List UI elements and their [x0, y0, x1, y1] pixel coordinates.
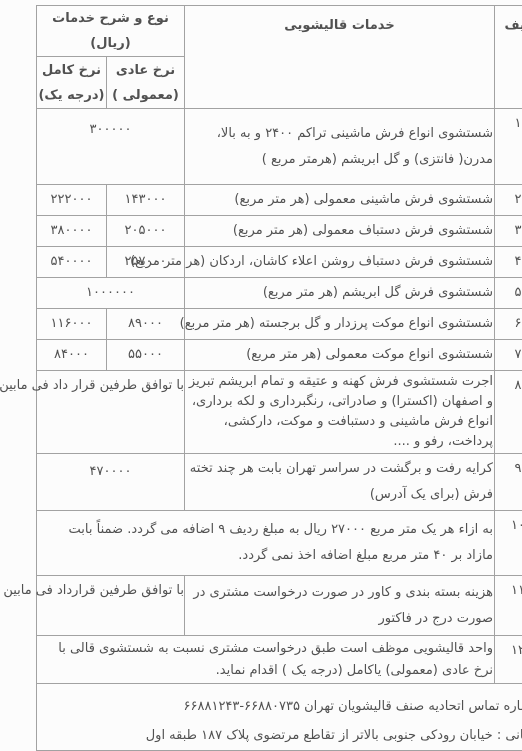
- header-price-group: نوع و شرح خدمات (ریال): [8, 6, 156, 57]
- row-number-cell: ۱: [466, 109, 513, 185]
- footer-contact: شماره تماس اتحادیه صنف قالیشویان تهران ۶…: [8, 684, 513, 711]
- table-row: ۱۰ به ازاء هر یک متر مربع ۲۷۰۰۰ ریال به …: [8, 511, 513, 576]
- table-row: ۳ شستشوی فرش دستباف معمولی (هر متر مربع)…: [8, 216, 513, 247]
- normal-rate-cell: ۵۵۰۰۰: [78, 340, 156, 371]
- row-number-cell: ۸: [466, 371, 513, 454]
- row-number-cell: ۲: [466, 185, 513, 216]
- full-rate-cell: ۱۱۶۰۰۰: [8, 309, 78, 340]
- phone-line: شماره تماس اتحادیه صنف قالیشویان تهران ۶…: [10, 692, 510, 710]
- service-desc-cell: شستشوی فرش گل ابریشم (هر متر مربع): [156, 278, 466, 309]
- full-rate-cell: ۵۴۰۰۰۰: [8, 247, 78, 278]
- merged-rate-cell: با توافق طرفین قرارداد فی مابین: [8, 576, 156, 636]
- table-row: ۵ شستشوی فرش گل ابریشم (هر متر مربع) ۱۰۰…: [8, 278, 513, 309]
- normal-rate-cell: ۲۰۵۰۰۰: [78, 216, 156, 247]
- full-rate-cell: ۳۸۰۰۰۰: [8, 216, 78, 247]
- service-desc-cell: اجرت شستشوی فرش کهنه و عتیقه و تمام ابری…: [156, 371, 466, 454]
- row-number-cell: ۳: [466, 216, 513, 247]
- service-desc-cell: شستشوی فرش ماشینی معمولی (هر متر مربع): [156, 185, 466, 216]
- table-row: ۶ شستشوی انواع موکت پرزدار و گل برجسته (…: [8, 309, 513, 340]
- table-row: ۲ شستشوی فرش ماشینی معمولی (هر متر مربع)…: [8, 185, 513, 216]
- service-desc-cell: کرایه رفت و برگشت در سراسر تهران بابت هر…: [156, 454, 466, 511]
- header-full-rate: نرخ کامل (درجه یک): [8, 57, 78, 109]
- merged-rate-cell: ۱۰۰۰۰۰۰: [8, 278, 156, 309]
- header-normal-rate: نرخ عادی (معمولی ): [78, 57, 156, 109]
- price-table: ردیف خدمات قالیشویی نوع و شرح خدمات (ریا…: [7, 5, 513, 710]
- header-full-rate-line1: نرخ کامل: [8, 58, 77, 83]
- merged-rate-cell: ۴۷۰۰۰۰: [8, 454, 156, 511]
- footer-row: شماره تماس اتحادیه صنف قالیشویان تهران ۶…: [8, 684, 513, 711]
- header-services: خدمات قالیشویی: [156, 6, 466, 109]
- header-row-top: ردیف خدمات قالیشویی نوع و شرح خدمات (ریا…: [8, 6, 513, 57]
- phone-numbers: ۶۶۸۸۱۲۴۳-۶۶۸۸۰۷۳۵: [155, 692, 271, 710]
- header-normal-rate-line2: (معمولی ): [78, 83, 155, 108]
- row-number-cell: ۱۲: [466, 636, 513, 684]
- row-number-cell: ۵: [466, 278, 513, 309]
- service-desc-cell: شستشوی فرش دستباف روشن اعلاء کاشان، اردک…: [156, 247, 466, 278]
- merged-rate-cell: با توافق طرفین قرار داد فی مابین: [8, 371, 156, 454]
- table-row: ۱ شستشوی انواع فرش ماشینی تراکم ۲۴۰۰ و ب…: [8, 109, 513, 185]
- table-row: ۱۱ هزینه بسته بندی و کاور در صورت درخواس…: [8, 576, 513, 636]
- service-desc-cell: به ازاء هر یک متر مربع ۲۷۰۰۰ ریال به مبل…: [8, 511, 466, 576]
- row-number-cell: ۱۰: [466, 511, 513, 576]
- header-row-number: ردیف: [466, 6, 513, 109]
- row-number-cell: ۱۱: [466, 576, 513, 636]
- row-number-cell: ۶: [466, 309, 513, 340]
- header-normal-rate-line1: نرخ عادی: [78, 58, 155, 83]
- service-desc-cell: شستشوی انواع موکت معمولی (هر متر مربع): [156, 340, 466, 371]
- table-row: ۱۲ واحد قالیشویی موظف است طبق درخواست مش…: [8, 636, 513, 684]
- full-rate-cell: ۲۲۲۰۰۰: [8, 185, 78, 216]
- merged-rate-cell: ۳۰۰۰۰۰: [8, 109, 156, 185]
- row-number-cell: ۷: [466, 340, 513, 371]
- table-row: ۹ کرایه رفت و برگشت در سراسر تهران بابت …: [8, 454, 513, 511]
- service-desc-cell: شستشوی انواع فرش ماشینی تراکم ۲۴۰۰ و به …: [156, 109, 466, 185]
- row-number-cell: ۹: [466, 454, 513, 511]
- table-row: ۷ شستشوی انواع موکت معمولی (هر متر مربع)…: [8, 340, 513, 371]
- service-desc-cell: واحد قالیشویی موظف است طبق درخواست مشتری…: [8, 636, 466, 684]
- table-row: ۴ شستشوی فرش دستباف روشن اعلاء کاشان، ار…: [8, 247, 513, 278]
- service-desc-cell: شستشوی انواع موکت پرزدار و گل برجسته (هر…: [156, 309, 466, 340]
- normal-rate-cell: ۱۴۳۰۰۰: [78, 185, 156, 216]
- service-desc-cell: شستشوی فرش دستباف معمولی (هر متر مربع): [156, 216, 466, 247]
- full-rate-cell: ۸۴۰۰۰: [8, 340, 78, 371]
- row-number-cell: ۴: [466, 247, 513, 278]
- table-row: ۸ اجرت شستشوی فرش کهنه و عتیقه و تمام اب…: [8, 371, 513, 454]
- header-full-rate-line2: (درجه یک): [8, 83, 77, 108]
- normal-rate-cell: ۸۹۰۰۰: [78, 309, 156, 340]
- phone-label: شماره تماس اتحادیه صنف قالیشویان تهران: [275, 699, 510, 710]
- service-desc-cell: هزینه بسته بندی و کاور در صورت درخواست م…: [156, 576, 466, 636]
